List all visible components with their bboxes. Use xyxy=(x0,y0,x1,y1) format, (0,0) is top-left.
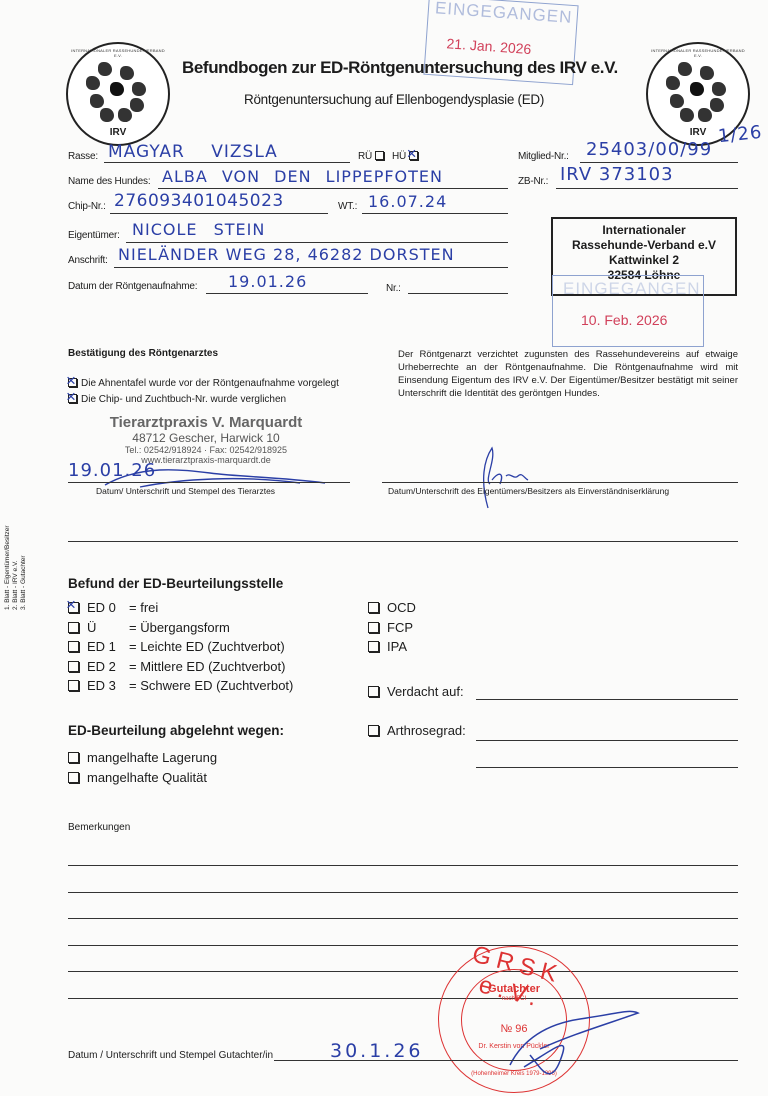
expert-signature xyxy=(500,1005,640,1075)
remark-line xyxy=(68,945,738,946)
expert-sig-label: Datum / Unterschrift und Stempel Gutacht… xyxy=(68,1050,273,1061)
ruede-option[interactable]: RÜ xyxy=(358,151,392,162)
grade-code: Ü xyxy=(87,620,129,635)
reason-label: mangelhafte Lagerung xyxy=(87,750,217,765)
wt-field[interactable]: 16.07.24 xyxy=(368,192,447,211)
grade-desc: = Schwere ED (Zuchtverbot) xyxy=(129,678,293,693)
remark-line xyxy=(68,998,738,999)
xray-date-label: Datum der Röntgenaufnahme: xyxy=(68,281,197,292)
arthrosis-option[interactable]: Arthrosegrad: xyxy=(368,723,466,738)
stamp-date: 21. Jan. 2026 xyxy=(446,35,532,57)
chip-compare-checkbox[interactable] xyxy=(68,394,77,403)
pedigree-label: Die Ahnentafel wurde vor der Röntgenaufn… xyxy=(81,378,339,389)
checkbox[interactable] xyxy=(68,752,79,763)
grade-code: ED 2 xyxy=(87,659,129,674)
option-item[interactable]: mangelhafte Lagerung xyxy=(68,750,217,765)
grade-desc: = frei xyxy=(129,600,158,615)
checkbox[interactable] xyxy=(368,622,379,633)
findings-heading: Befund der ED-Beurteilungsstelle xyxy=(68,576,283,591)
option-item[interactable]: ED 1= Leichte ED (Zuchtverbot) xyxy=(68,639,285,654)
grade-code: ED 1 xyxy=(87,639,129,654)
extra-label: OCD xyxy=(387,600,416,615)
option-item[interactable]: ED 2= Mittlere ED (Zuchtverbot) xyxy=(68,659,285,674)
zb-field[interactable]: IRV 373103 xyxy=(560,164,674,185)
owner-field[interactable]: NICOLE STEIN xyxy=(132,220,265,239)
page-subtitle: Röntgenuntersuchung auf Ellenbogendyspla… xyxy=(244,92,544,107)
checkbox[interactable] xyxy=(68,641,79,652)
chip-compare-label: Die Chip- und Zuchtbuch-Nr. wurde vergli… xyxy=(81,394,286,405)
checkbox[interactable] xyxy=(68,772,79,783)
grade-code: ED 0 xyxy=(87,600,129,615)
nr-label: Nr.: xyxy=(386,283,401,294)
chip-field[interactable]: 276093401045023 xyxy=(114,191,284,211)
copy-2: 2. Blatt - IRV e.V. xyxy=(12,525,20,610)
arthrosis-field[interactable] xyxy=(476,740,738,741)
suspicion-checkbox[interactable] xyxy=(368,686,379,697)
remark-line xyxy=(68,918,738,919)
checkbox[interactable] xyxy=(68,622,79,633)
extra-label: FCP xyxy=(387,620,413,635)
option-item[interactable]: Ü= Übergangsform xyxy=(68,620,230,635)
rejected-heading: ED-Beurteilung abgelehnt wegen: xyxy=(68,723,284,738)
ruede-checkbox[interactable] xyxy=(375,151,384,160)
reason-label: mangelhafte Qualität xyxy=(87,770,207,785)
grade-desc: = Übergangsform xyxy=(129,620,230,635)
rasse-label: Rasse: xyxy=(68,151,98,162)
option-item[interactable]: ED 3= Schwere ED (Zuchtverbot) xyxy=(68,678,293,693)
option-item[interactable]: ED 0= frei xyxy=(68,600,158,615)
address-line-3: Kattwinkel 2 xyxy=(553,253,735,268)
seal-role-sub: nach FCI xyxy=(439,996,589,1002)
vet-sig-label: Datum/ Unterschrift und Stempel des Tier… xyxy=(96,486,275,496)
grade-desc: = Mittlere ED (Zuchtverbot) xyxy=(129,659,285,674)
copy-distribution-note: 1. Blatt - Eigentümer/Besitzer 2. Blatt … xyxy=(4,525,28,610)
confirmation-heading: Bestätigung des Röntgenarztes xyxy=(68,348,218,359)
logo-irv-text: IRV xyxy=(68,127,168,138)
owner-signature[interactable] xyxy=(470,440,530,510)
ruede-label: RÜ xyxy=(358,151,372,162)
logo-arc-text: INTERNATIONALER RASSEHUNDE-VERBAND E.V. xyxy=(68,48,168,58)
huendin-option[interactable]: HÜ xyxy=(392,151,426,162)
checkbox[interactable] xyxy=(368,641,379,652)
address-line-2: Rassehunde-Verband e.V xyxy=(553,238,735,253)
mitglied-label: Mitglied-Nr.: xyxy=(518,151,569,162)
stamp-word: EINGEGANGEN xyxy=(434,0,573,28)
suspicion-field[interactable] xyxy=(476,699,738,700)
remark-line xyxy=(68,892,738,893)
pedigree-checkbox[interactable] xyxy=(68,378,77,387)
wt-label: WT.: xyxy=(338,201,357,212)
address-line-1: Internationaler xyxy=(553,223,735,238)
suspicion-label: Verdacht auf: xyxy=(387,684,464,699)
option-item[interactable]: OCD xyxy=(368,600,416,615)
remarks-label: Bemerkungen xyxy=(68,822,130,833)
huendin-label: HÜ xyxy=(392,151,406,162)
grade-desc: = Leichte ED (Zuchtverbot) xyxy=(129,639,285,654)
option-item[interactable]: IPA xyxy=(368,639,407,654)
stamp-date: 10. Feb. 2026 xyxy=(581,312,667,328)
copy-3: 3. Blatt - Gutachter xyxy=(20,525,28,610)
extra-label: IPA xyxy=(387,639,407,654)
owner-sig-label: Datum/Unterschrift des Eigentümers/Besit… xyxy=(388,486,669,496)
arthrosis-label: Arthrosegrad: xyxy=(387,723,466,738)
dog-name-field[interactable]: ALBA VON DEN LIPPEPFOTEN xyxy=(162,167,443,186)
address-label: Anschrift: xyxy=(68,255,108,266)
checkbox[interactable] xyxy=(68,661,79,672)
owner-label: Eigentümer: xyxy=(68,230,120,241)
copy-1: 1. Blatt - Eigentümer/Besitzer xyxy=(4,525,12,610)
checkbox[interactable] xyxy=(68,680,79,691)
received-stamp-2: EINGEGANGEN 10. Feb. 2026 xyxy=(552,275,704,347)
dog-heads-icon xyxy=(666,62,730,122)
option-item[interactable]: mangelhafte Qualität xyxy=(68,770,207,785)
xray-date-field[interactable]: 19.01.26 xyxy=(228,272,307,291)
vet-address: 48712 Gescher, Harwick 10 xyxy=(96,431,316,445)
expert-date-field[interactable]: 30.1.26 xyxy=(330,1040,424,1062)
checkbox[interactable] xyxy=(368,602,379,613)
mitglied-field[interactable]: 25403/00/99 xyxy=(586,139,712,160)
arthrosis-checkbox[interactable] xyxy=(368,725,379,736)
chip-label: Chip-Nr.: xyxy=(68,201,106,212)
remark-line xyxy=(68,865,738,866)
vet-phone: Tel.: 02542/918924 · Fax: 02542/918925 xyxy=(96,445,316,455)
page-title: Befundbogen zur ED-Röntgenuntersuchung d… xyxy=(182,58,618,78)
grade-code: ED 3 xyxy=(87,678,129,693)
address-field[interactable]: NIELÄNDER WEG 28, 46282 DORSTEN xyxy=(118,245,455,264)
option-item[interactable]: FCP xyxy=(368,620,413,635)
copyright-text: Der Röntgenarzt verzichtet zugunsten des… xyxy=(398,348,738,400)
seal-role: Gutachter xyxy=(439,983,589,995)
stamp-word: EINGEGANGEN xyxy=(563,279,701,299)
remark-line xyxy=(68,971,738,972)
suspicion-option[interactable]: Verdacht auf: xyxy=(368,684,464,699)
check-pedigree[interactable]: Die Ahnentafel wurde vor der Röntgenaufn… xyxy=(68,378,339,389)
dog-name-label: Name des Hundes: xyxy=(68,176,150,187)
checkbox[interactable] xyxy=(68,602,79,613)
vet-name: Tierarztpraxis V. Marquardt xyxy=(96,414,316,431)
zb-label: ZB-Nr.: xyxy=(518,176,548,187)
check-chip[interactable]: Die Chip- und Zuchtbuch-Nr. wurde vergli… xyxy=(68,394,286,405)
page-note: 1/26 xyxy=(717,122,763,148)
logo-arc-text: INTERNATIONALER RASSEHUNDE-VERBAND E.V. xyxy=(648,48,748,58)
huendin-checkbox[interactable] xyxy=(409,151,418,160)
rasse-field[interactable]: MAGYAR VIZSLA xyxy=(108,142,278,162)
irv-logo-left: INTERNATIONALER RASSEHUNDE-VERBAND E.V. … xyxy=(66,42,170,146)
nr-field[interactable] xyxy=(408,293,508,294)
dog-heads-icon xyxy=(86,62,150,122)
